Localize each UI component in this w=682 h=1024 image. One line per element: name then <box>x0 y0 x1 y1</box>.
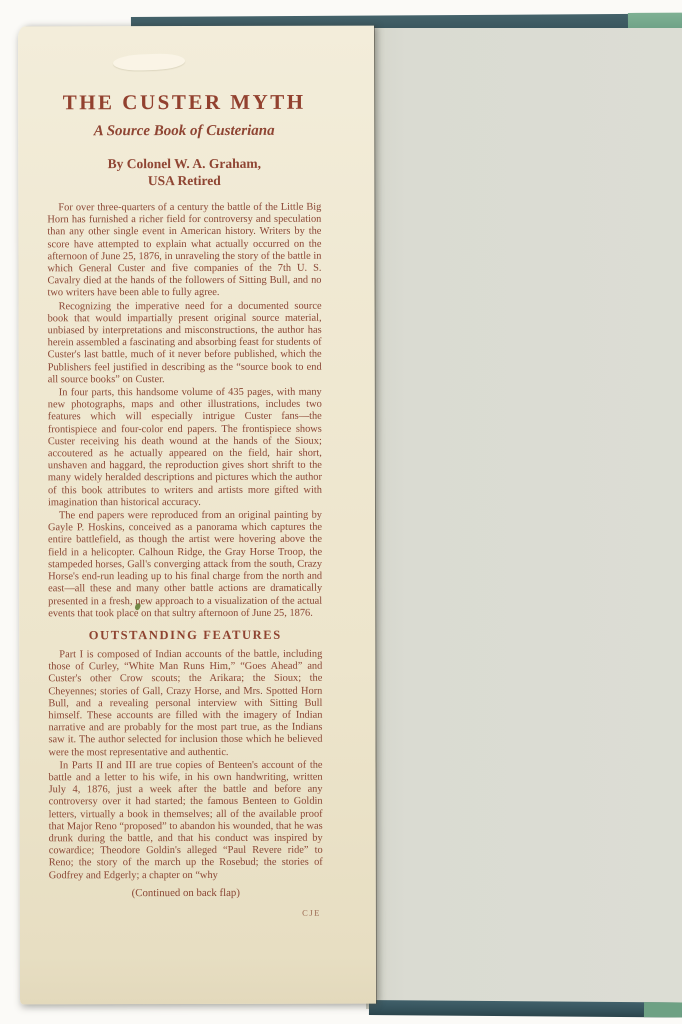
flap-paragraph-3: In four parts, this handsome volume of 4… <box>48 387 322 510</box>
flap-paragraph-4: The end papers were reproduced from an o… <box>48 510 322 620</box>
flap-body-copy: For over three-quarters of a century the… <box>47 202 322 882</box>
features-paragraph-1: Part I is composed of Indian accounts of… <box>48 649 322 759</box>
book-cover-bottom-edge <box>369 1000 682 1017</box>
book-subtitle: A Source Book of Custeriana <box>47 122 321 141</box>
book-cover-bottom-edge-green <box>644 1002 682 1017</box>
byline: By Colonel W. A. Graham, USA Retired <box>47 155 321 190</box>
flap-paragraph-1: For over three-quarters of a century the… <box>47 202 321 300</box>
flap-paragraph-2: Recognizing the imperative need for a do… <box>48 300 322 386</box>
byline-line-2: USA Retired <box>47 172 321 190</box>
flap-text-block: THE CUSTER MYTH A Source Book of Custeri… <box>18 26 376 1005</box>
dust-jacket-front-flap: THE CUSTER MYTH A Source Book of Custeri… <box>18 26 376 1005</box>
endpaper-page <box>366 28 682 1009</box>
features-paragraph-2: In Parts II and III are true copies of B… <box>49 759 323 882</box>
features-section-heading: OUTSTANDING FEATURES <box>48 628 322 644</box>
continued-note: (Continued on back flap) <box>49 887 323 900</box>
byline-line-1: By Colonel W. A. Graham, <box>47 155 321 173</box>
book-title: THE CUSTER MYTH <box>47 90 321 116</box>
designer-initials: CJE <box>49 908 323 919</box>
photo-backdrop: THE CUSTER MYTH A Source Book of Custeri… <box>0 0 682 1024</box>
